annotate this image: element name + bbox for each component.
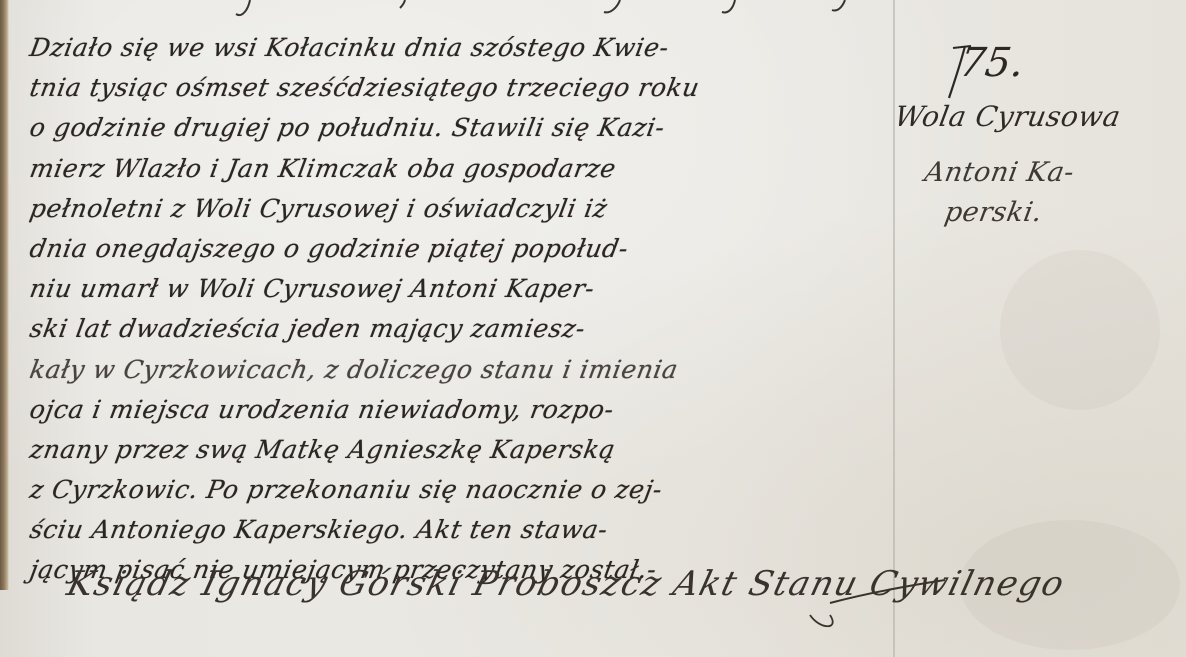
book-binding-edge <box>0 0 9 590</box>
record-line-8: ski lat dwadzieścia jeden mający zamiesz… <box>26 309 903 349</box>
record-line-9: kały w Cyrzkowicach, z doliczego stanu i… <box>26 350 903 390</box>
record-line-7: niu umarł w Woli Cyrusowej Antoni Kaper- <box>26 269 903 309</box>
record-line-10: ojca i miejsca urodzenia niewiadomy, roz… <box>26 390 903 430</box>
record-line-5: pełnoletni z Woli Cyrusowej i oświadczyl… <box>26 189 903 229</box>
signature-flourish <box>700 575 960 635</box>
margin-village-name: Wola Cyrusowa <box>892 100 1123 133</box>
previous-entry-descenders <box>0 0 1186 30</box>
register-page: Działo się we wsi Kołacinku dnia szósteg… <box>0 0 1186 657</box>
record-line-6: dnia onegdajszego o godzinie piątej popo… <box>26 229 903 269</box>
paper-stain <box>1000 250 1160 410</box>
record-line-11: znany przez swą Matkę Agnieszkę Kaperską <box>26 430 903 470</box>
record-line-2: tnia tysiąc ośmset sześćdziesiątego trze… <box>26 68 903 108</box>
record-line-13: ściu Antoniego Kaperskiego. Akt ten staw… <box>26 510 903 550</box>
record-body: Działo się we wsi Kołacinku dnia szósteg… <box>30 28 900 591</box>
entry-number: 75. <box>957 40 1027 86</box>
record-line-3: o godzinie drugiej po południu. Stawili … <box>26 108 903 148</box>
record-line-12: z Cyrzkowic. Po przekonaniu się naocznie… <box>26 470 903 510</box>
margin-deceased-name-part1: Antoni Ka- <box>922 157 1076 188</box>
record-line-4: mierz Wlazło i Jan Klimczak oba gospodar… <box>26 149 903 189</box>
margin-deceased-name-part2: perski. <box>942 197 1045 228</box>
record-line-1: Działo się we wsi Kołacinku dnia szósteg… <box>26 28 903 68</box>
